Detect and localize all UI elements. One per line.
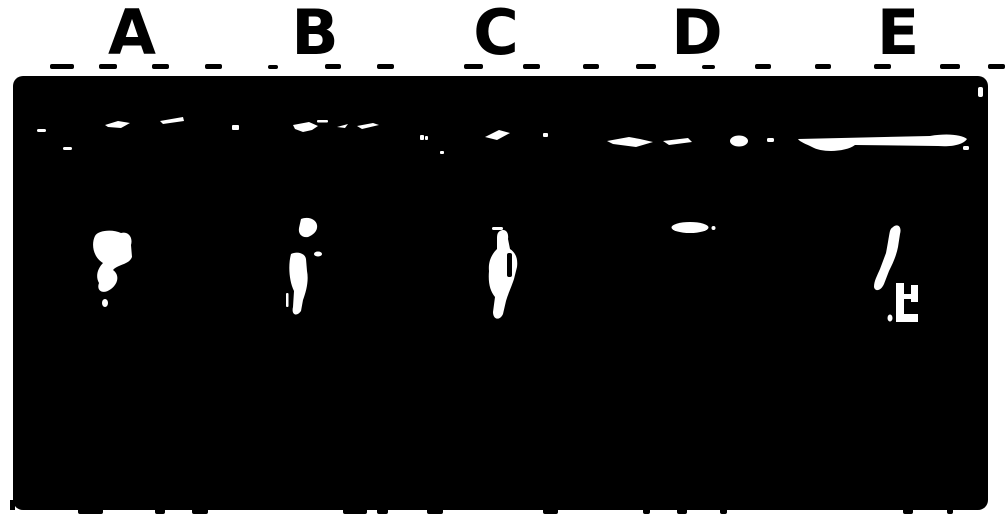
gel-photo <box>0 0 1007 524</box>
gel-figure: A B C D E <box>0 0 1007 524</box>
gel-top-fringe <box>50 64 1005 69</box>
